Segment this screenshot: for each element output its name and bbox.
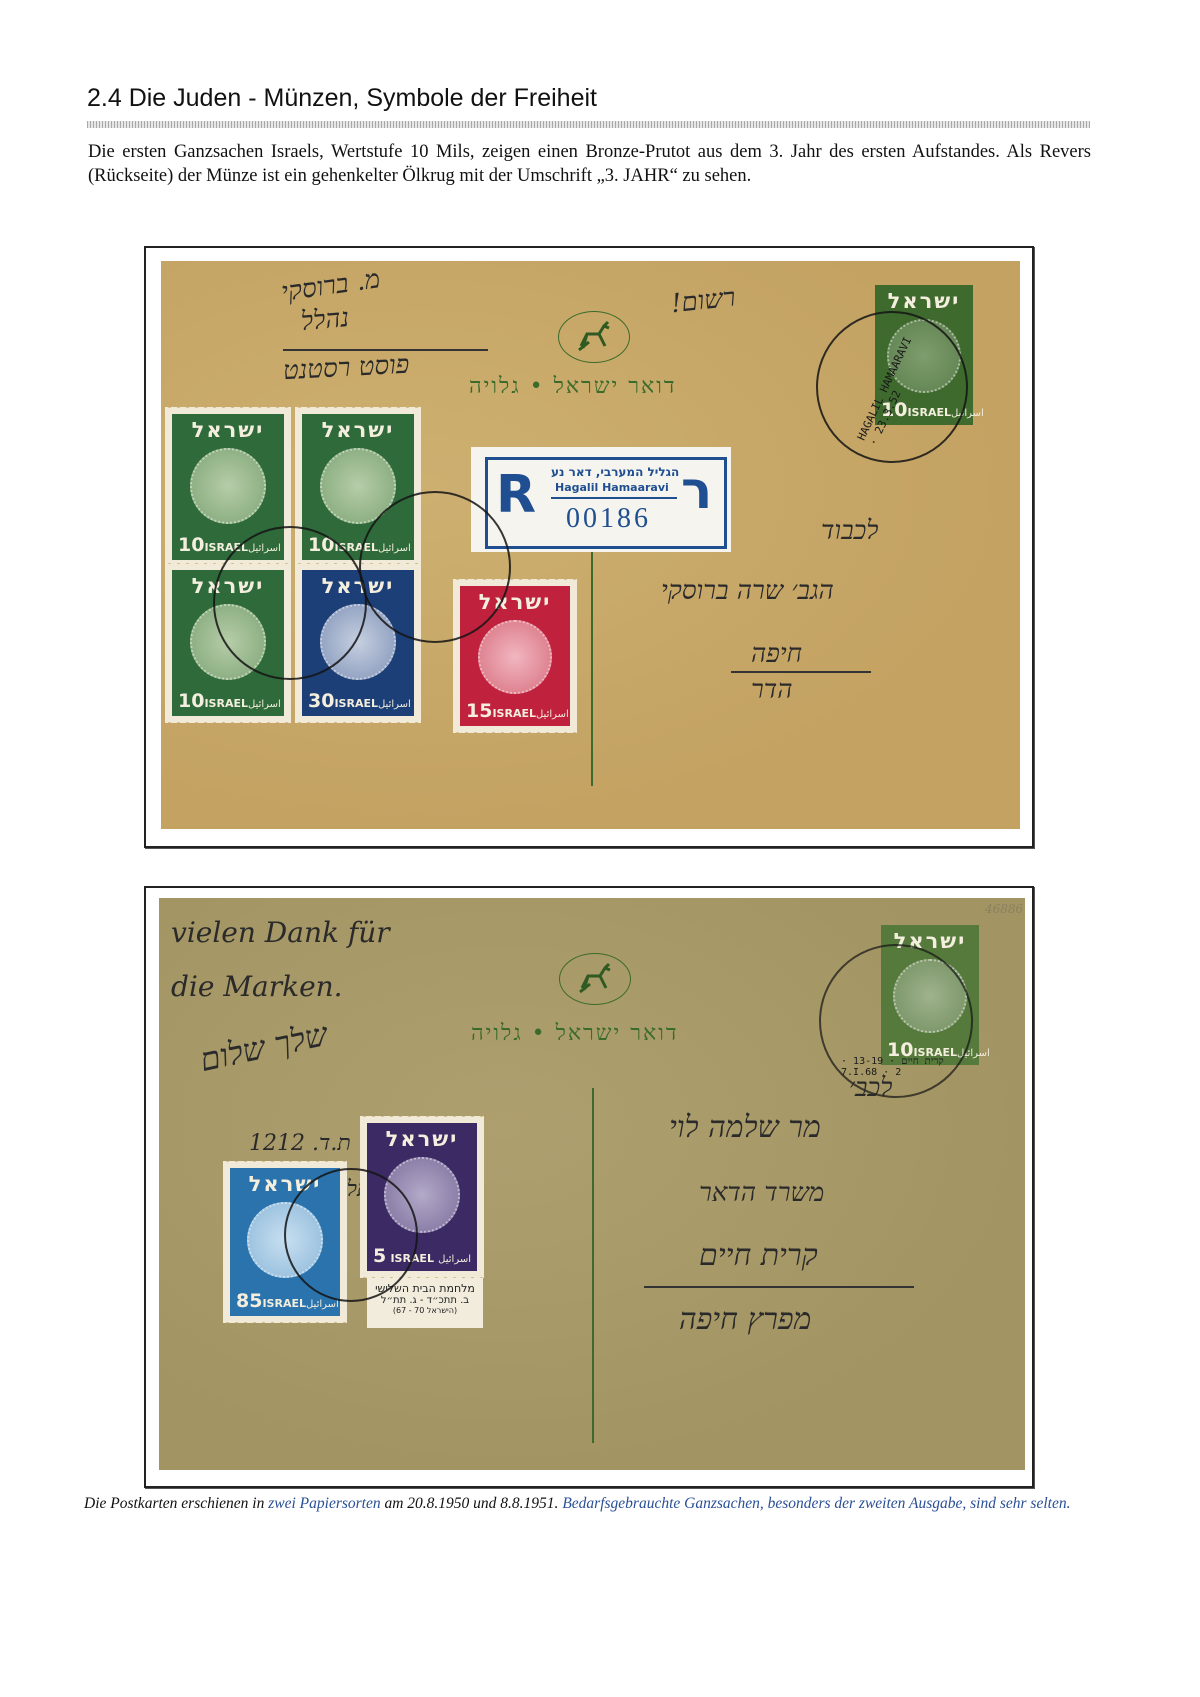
stamp-value: 15 [466,700,492,722]
postmark-text: HAGALIL HAMAARAVI · 23.3.52 [855,328,929,448]
stamp-country: ישראל [386,1127,459,1151]
registration-letter-hebrew: ר [681,461,712,521]
recipient-line0: לכב׳ [849,1073,892,1103]
registration-label: R ר הגליל המערבי, דאר נע Hagalil Hamaara… [471,447,731,552]
title-rule-divider [87,121,1090,128]
indicia-country: ישראל [888,289,961,313]
registration-letter-r: R [496,465,536,525]
caption-part1: Die Postkarten erschienen in [84,1495,268,1512]
stamp-tab-line2: ב. תתכ״ד - ג. תת״ל [367,1295,483,1306]
registration-office-latin: Hagalil Hamaaravi [555,481,669,494]
recipient-line1: מר שלמה לוי [669,1110,821,1145]
caption-paragraph: Die Postkarten erschienen in zwei Papier… [84,1494,1094,1513]
printed-header-hebrew: דואר ישראל • גלויה [471,1020,678,1046]
stamp-value: 10 [178,690,204,712]
registration-divider [551,497,677,499]
postcard-2: 46886 vielen Dank für die Marken. דואר י… [159,898,1025,1470]
postmark-circle: קרית חיים · 13-19 · 7.I.68 · 2 [819,944,973,1098]
stamp-cancel-postmark-2 [359,491,511,643]
recipient-line3: חיפה [751,639,802,669]
recipient-line2: משרד הדאר [699,1178,824,1208]
stamp-label: ISRAEL [492,707,536,720]
stamp-country: ישראל [192,418,265,442]
caption-part2: zwei Papiersorten [268,1495,380,1512]
sender-handwriting-line2: נהלל [300,303,350,337]
stamp-cancel-postmark-1 [213,526,367,680]
stamp-label: ISRAEL [204,697,248,710]
stamp-value: 10 [178,534,204,556]
stamp-country: ישראל [322,418,395,442]
hebrew-greeting: שלך שלום [196,1015,330,1079]
stamp-arabic: اسرائيل [438,1254,471,1265]
address-divider-line [592,1088,594,1443]
german-handwriting-line1: vielen Dank für [171,916,390,949]
page-title: 2.4 Die Juden - Münzen, Symbole der Frei… [87,84,597,113]
stamp-arabic: اسرائيل [248,699,281,710]
pencil-note: 46886 [985,902,1023,916]
stamp-value: 85 [236,1290,262,1312]
registration-office-hebrew: הגליל המערבי, דאר נע [551,465,679,479]
deer-emblem-icon [559,953,631,1005]
coin-icon [478,620,552,694]
recipient-underline [644,1286,914,1288]
stamp-label: ISRAEL [262,1297,306,1310]
stamp-arabic: اسرائيل [536,709,569,720]
caption-part4: Bedarfsgebrauchte Ganzsachen, besonders … [562,1495,1070,1512]
stamp-arabic: اسرائيل [378,699,411,710]
recipient-line4: הדר [751,675,792,705]
german-handwriting-line2: die Marken. [171,970,343,1003]
sender-handwriting-line3: פוסט רסטנט [282,350,410,387]
recipient-line3: קרית חיים [699,1238,818,1273]
caption-part3: am 20.8.1950 und 8.8.1951. [381,1495,563,1512]
stamp-value: 30 [308,690,334,712]
recipient-line4: מפרץ חיפה [679,1302,811,1337]
deer-emblem-icon [558,311,630,363]
recipient-line2: הגב׳ שרה ברוסקי [661,576,834,606]
sender-line1: ת.ד. 1212 [249,1130,351,1156]
intro-paragraph: Die ersten Ganzsachen Israels, Wertstufe… [88,140,1091,188]
recipient-underline [731,671,871,673]
stamp-label: ISRAEL [334,697,378,710]
stamp-cancel-postmark [284,1168,418,1302]
registration-number: 00186 [566,503,651,535]
sender-handwriting-line1: מ. ברוסקי [279,264,382,308]
postmark-circle: HAGALIL HAMAARAVI · 23.3.52 [816,311,968,463]
coin-icon [190,448,266,524]
top-right-handwriting: רשום! [670,283,737,320]
stamp-arabic: اسرائيل [306,1299,339,1310]
printed-header-hebrew: דואר ישראל • גלויה [469,373,676,399]
recipient-line1: לכבוד [821,516,878,546]
address-divider-line [591,511,593,786]
postcard-1: מ. ברוסקי נהלל פוסט רסטנט רשום! דואר ישר… [161,261,1020,829]
stamp-tab-line3: (הישראל 70 - 67) [367,1306,483,1315]
